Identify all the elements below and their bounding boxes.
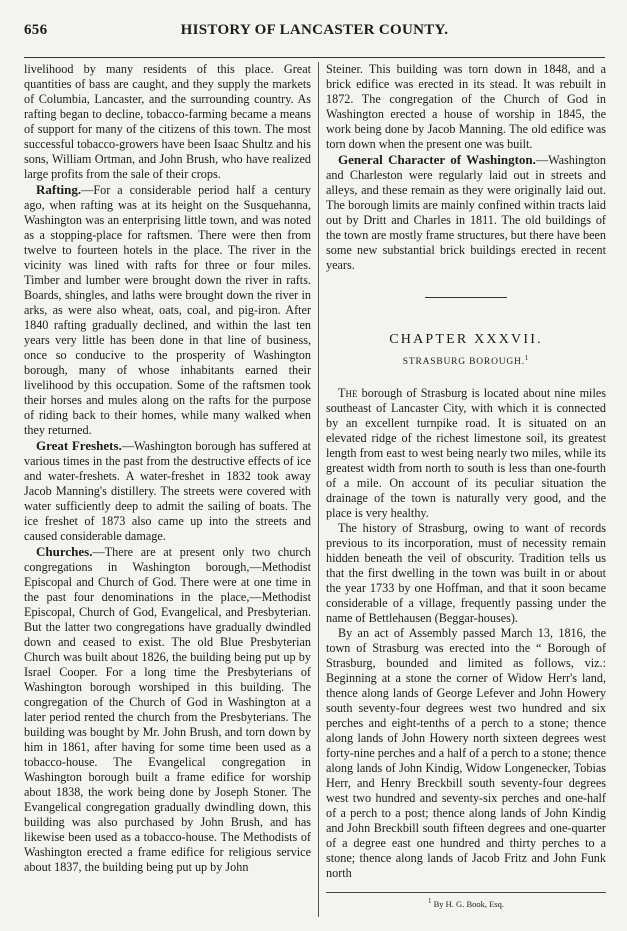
right-column: Steiner. This building was torn down in … bbox=[326, 62, 606, 881]
paragraph-continued: Steiner. This building was torn down in … bbox=[326, 62, 606, 152]
paragraph-continued: livelihood by many residents of this pla… bbox=[24, 62, 311, 182]
footnote-marker: 1 bbox=[525, 354, 529, 362]
paragraph-act-of-assembly: By an act of Assembly passed March 13, 1… bbox=[326, 626, 606, 881]
section-heading-great-freshets: Great Freshets. bbox=[36, 438, 122, 453]
footnote: 1 By H. G. Book, Esq. bbox=[326, 899, 606, 909]
section-divider bbox=[425, 297, 507, 298]
section-heading-general-character: General Character of Washington. bbox=[338, 152, 536, 167]
column-divider bbox=[318, 62, 319, 917]
left-column: livelihood by many residents of this pla… bbox=[24, 62, 311, 875]
page-header: 656 HISTORY OF LANCASTER COUNTY. bbox=[24, 22, 605, 42]
lead-word: The bbox=[338, 386, 357, 400]
header-rule bbox=[24, 57, 605, 58]
running-title: HISTORY OF LANCASTER COUNTY. bbox=[24, 22, 605, 39]
chapter-subtitle: STRASBURG BOROUGH.1 bbox=[326, 355, 606, 370]
paragraph-strasburg-history: The history of Strasburg, owing to want … bbox=[326, 521, 606, 626]
paragraph-rafting: Rafting.—For a considerable period half … bbox=[24, 182, 311, 438]
paragraph-churches: Churches.—There are at present only two … bbox=[24, 544, 311, 875]
footnote-rule bbox=[326, 892, 606, 893]
paragraph-general-character: General Character of Washington.—Washing… bbox=[326, 152, 606, 273]
chapter-title: CHAPTER XXXVII. bbox=[326, 332, 606, 347]
paragraph-strasburg-location: The borough of Strasburg is located abou… bbox=[326, 386, 606, 521]
section-heading-rafting: Rafting. bbox=[36, 182, 81, 197]
paragraph-great-freshets: Great Freshets.—Washington borough has s… bbox=[24, 438, 311, 544]
section-heading-churches: Churches. bbox=[36, 544, 92, 559]
